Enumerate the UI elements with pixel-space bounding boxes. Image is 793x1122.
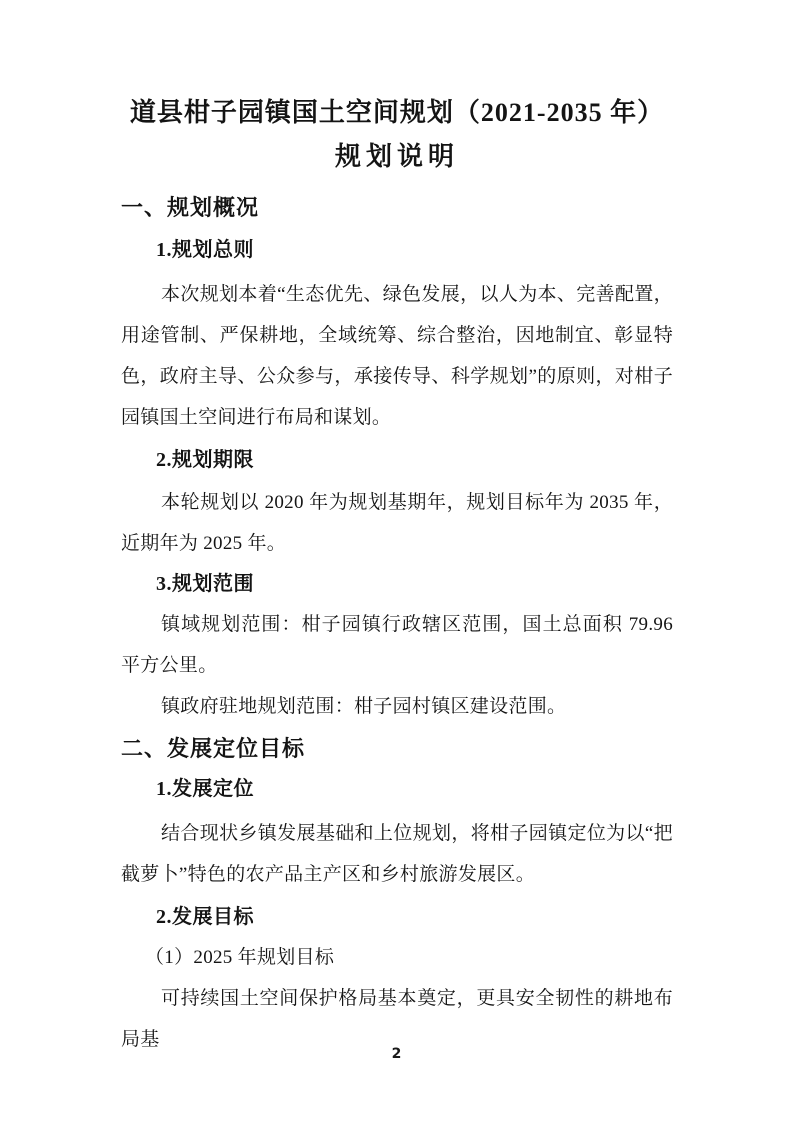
subsection-heading-planning-scope: 3.规划范围 [156,568,673,600]
page-number: 2 [0,1046,793,1062]
subsection-heading-planning-period: 2.规划期限 [156,444,673,476]
paragraph-town-scope: 镇域规划范围：柑子园镇行政辖区范围，国土总面积 79.96 平方公里。 [121,604,673,686]
section-heading-development-goals: 二、发展定位目标 [121,733,673,765]
paragraph-development-positioning: 结合现状乡镇发展基础和上位规划，将柑子园镇定位为以“把截萝卜”特色的农产品主产区… [121,813,673,895]
paragraph-planning-period: 本轮规划以 2020 年为规划基期年，规划目标年为 2035 年，近期年为 20… [121,482,673,564]
document-page: 道县柑子园镇国土空间规划（2021-2035 年） 规划说明 一、规划概况 1.… [0,0,793,1122]
document-subtitle: 规划说明 [121,140,673,174]
subsection-heading-planning-principles: 1.规划总则 [156,234,673,266]
subsection-heading-development-positioning: 1.发展定位 [156,773,673,805]
subsection-heading-development-targets: 2.发展目标 [156,901,673,933]
paragraph-planning-principles: 本次规划本着“生态优先、绿色发展，以人为本、完善配置，用途管制、严保耕地，全域统… [121,274,673,438]
document-title: 道县柑子园镇国土空间规划（2021-2035 年） [121,96,673,130]
section-heading-planning-overview: 一、规划概况 [121,192,673,224]
paragraph-government-seat-scope: 镇政府驻地规划范围：柑子园村镇区建设范围。 [121,686,673,727]
paragraph-2025-target-label: （1）2025 年规划目标 [121,937,673,978]
